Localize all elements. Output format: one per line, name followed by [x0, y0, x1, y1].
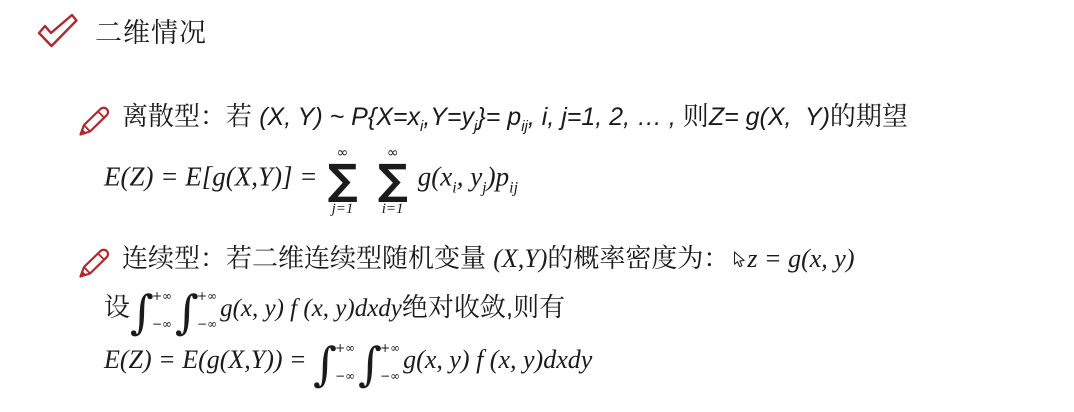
- discrete-expectation-formula: E(Z) = E[g(X,Y)] =∞∑j=1∞∑i=1g(xi, yj)pij: [104, 146, 518, 217]
- discrete-text-segment: 的期望: [830, 101, 908, 131]
- integral-inner: ∫+∞−∞: [358, 341, 400, 387]
- integrand: g(x, y) f (x, y)dxdy: [403, 345, 592, 374]
- convergence-suffix: 绝对收敛,则有: [402, 292, 565, 322]
- integral-upper-limit: +∞: [152, 290, 172, 302]
- discrete-text-segment: 则: [683, 101, 709, 131]
- discrete-bullet-row: 离散型：若 (X, Y) ~ P{X=xi,Y=yj}= pij, i, j=1…: [76, 96, 908, 138]
- formula-term: g(x: [418, 162, 452, 192]
- formula-lhs: E(Z) = E(g(X,Y)) =: [104, 345, 313, 374]
- integral-symbol: ∫: [175, 289, 199, 335]
- formula-lhs: E(Z) = E[g(X,Y)] =: [104, 162, 317, 192]
- discrete-math-segment: (X, Y) ~ P{X=x: [259, 103, 420, 131]
- discrete-math-segment: ,Y=y: [423, 103, 474, 131]
- continuous-label: 连续型：若二维连续型随机变量: [122, 243, 493, 273]
- discrete-math-segment: Z= g(X, Y): [709, 103, 830, 131]
- sum-inner: ∞∑i=1: [378, 146, 408, 217]
- formula-term: )p: [487, 162, 510, 192]
- xy-pair: (X,Y): [493, 244, 547, 273]
- mouse-cursor-icon: [733, 251, 746, 268]
- integral-symbol: ∫: [130, 289, 154, 335]
- subscript-ij: ij: [509, 180, 518, 197]
- formula-term: , y: [457, 162, 482, 192]
- integral-outer: ∫+∞−∞: [313, 341, 355, 387]
- integral-lower-limit: −∞: [197, 318, 217, 330]
- discrete-label: 离散型：若: [122, 101, 259, 131]
- page-title: 二维情况: [95, 18, 207, 48]
- pencil-icon: [76, 246, 112, 280]
- integral-lower-limit: −∞: [335, 370, 355, 382]
- integral-symbol: ∫: [358, 341, 382, 387]
- integral-symbol: ∫: [313, 341, 337, 387]
- sigma-symbol: ∑: [327, 161, 357, 200]
- continuous-bullet-row: 连续型：若二维连续型随机变量 (X,Y)的概率密度为：z = g(x, y): [76, 238, 854, 280]
- sum-outer: ∞∑j=1: [327, 146, 357, 217]
- convergence-condition-row: 设∫+∞−∞∫+∞−∞g(x, y) f (x, y)dxdy绝对收敛,则有: [104, 287, 565, 335]
- integral-upper-limit: +∞: [197, 290, 217, 302]
- integral-upper-limit: +∞: [380, 342, 400, 354]
- sum-lower-limit: j=1: [332, 202, 354, 217]
- z-equals-g: z = g(x, y): [747, 244, 854, 273]
- slide-header: 二维情况: [34, 11, 207, 50]
- integral-upper-limit: +∞: [335, 342, 355, 354]
- integrand: g(x, y) f (x, y)dxdy: [220, 295, 402, 322]
- continuous-text-segment: 的概率密度为：: [547, 243, 729, 273]
- slide-canvas: 二维情况 离散型：若 (X, Y) ~ P{X=xi,Y=yj}= pij, i…: [0, 0, 1074, 412]
- subscript-ij: ij: [521, 118, 528, 135]
- sum-lower-limit: i=1: [382, 202, 404, 217]
- checkmark-icon: [34, 12, 80, 50]
- integral-inner: ∫+∞−∞: [175, 289, 217, 335]
- continuous-expectation-formula: E(Z) = E(g(X,Y)) = ∫+∞−∞∫+∞−∞g(x, y) f (…: [104, 341, 592, 387]
- discrete-math-segment: }= p: [477, 103, 521, 131]
- sigma-symbol: ∑: [378, 161, 408, 200]
- pencil-icon: [76, 104, 112, 138]
- integral-lower-limit: −∞: [152, 318, 172, 330]
- integral-lower-limit: −∞: [380, 370, 400, 382]
- integral-outer: ∫+∞−∞: [130, 289, 172, 335]
- convergence-prefix: 设: [104, 292, 130, 322]
- discrete-math-segment: , i, j=1, 2, … ,: [528, 103, 683, 131]
